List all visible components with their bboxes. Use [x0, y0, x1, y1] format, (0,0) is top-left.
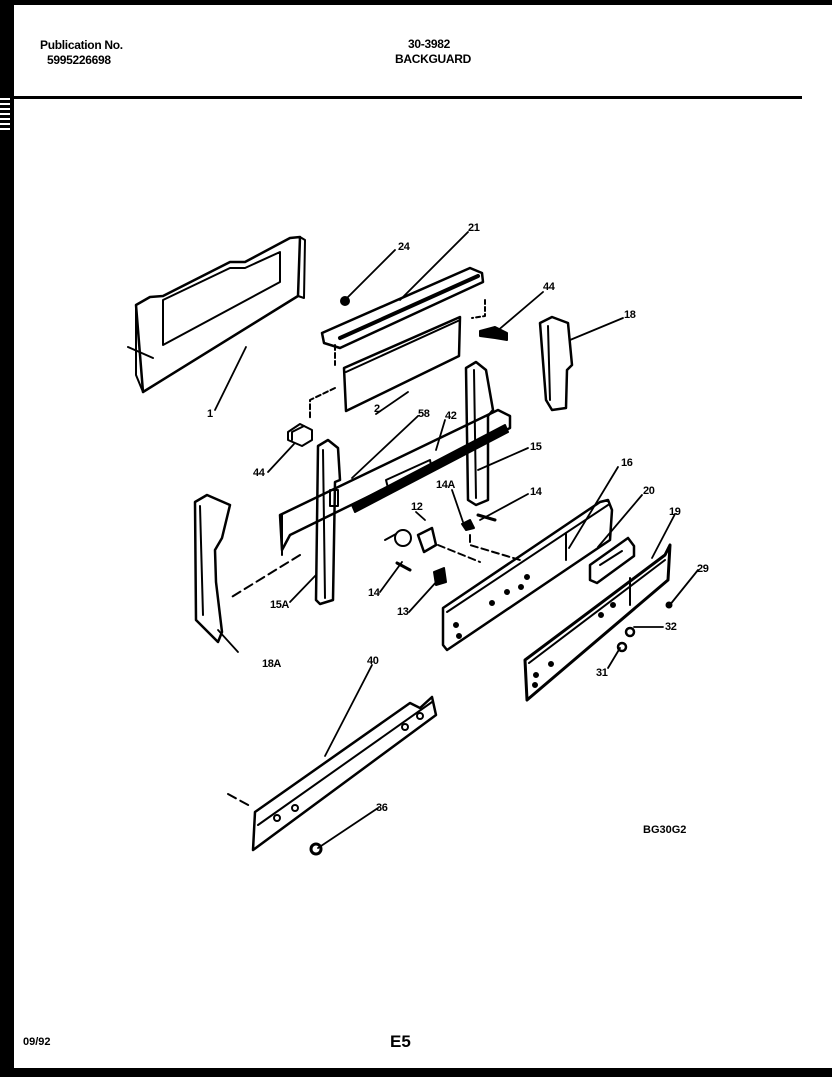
callout-44-right: 44 — [543, 281, 554, 293]
callout-24: 24 — [398, 241, 409, 253]
part-switch-clip — [385, 528, 436, 552]
callout-20: 20 — [643, 485, 654, 497]
callout-14A: 14A — [436, 479, 455, 491]
callout-12: 12 — [411, 501, 422, 513]
callout-29: 29 — [697, 563, 708, 575]
callout-32: 32 — [665, 621, 676, 633]
part-nut — [311, 844, 321, 854]
part-knob-insert — [626, 628, 634, 636]
callout-44-left: 44 — [253, 467, 264, 479]
callout-15: 15 — [530, 441, 541, 453]
callout-14-left: 14 — [368, 587, 379, 599]
guide-line — [438, 545, 480, 562]
callout-31: 31 — [596, 667, 607, 679]
callout-13: 13 — [397, 606, 408, 618]
guide-line — [310, 388, 335, 420]
part-connector-right — [480, 327, 507, 340]
callout-42: 42 — [445, 410, 456, 422]
callout-21: 21 — [468, 222, 479, 234]
exploded-parts-diagram — [0, 0, 832, 1077]
callout-40: 40 — [367, 655, 378, 667]
guide-line — [472, 300, 485, 318]
callout-19: 19 — [669, 506, 680, 518]
guide-line — [230, 555, 300, 598]
part-end-cap-left — [195, 495, 230, 642]
callout-16: 16 — [621, 457, 632, 469]
callout-14-right: 14 — [530, 486, 541, 498]
part-backguard-cover-panel — [128, 237, 305, 392]
diagram-code: BG30G2 — [643, 824, 686, 836]
part-bracket-clip — [462, 520, 474, 530]
part-clock-timer — [590, 538, 634, 583]
callout-2: 2 — [374, 403, 380, 415]
callout-58: 58 — [418, 408, 429, 420]
callout-1: 1 — [207, 408, 213, 420]
footer-date: 09/92 — [23, 1036, 51, 1048]
callout-18A: 18A — [262, 658, 281, 670]
guide-line — [228, 794, 250, 806]
page-number: E5 — [390, 1032, 411, 1052]
callout-15A: 15A — [270, 599, 289, 611]
callout-36: 36 — [376, 802, 387, 814]
guide-line — [470, 535, 520, 560]
callout-18: 18 — [624, 309, 635, 321]
part-connector-left — [288, 424, 312, 446]
part-end-cap-right — [540, 317, 572, 410]
part-support-bracket-left — [316, 440, 340, 604]
